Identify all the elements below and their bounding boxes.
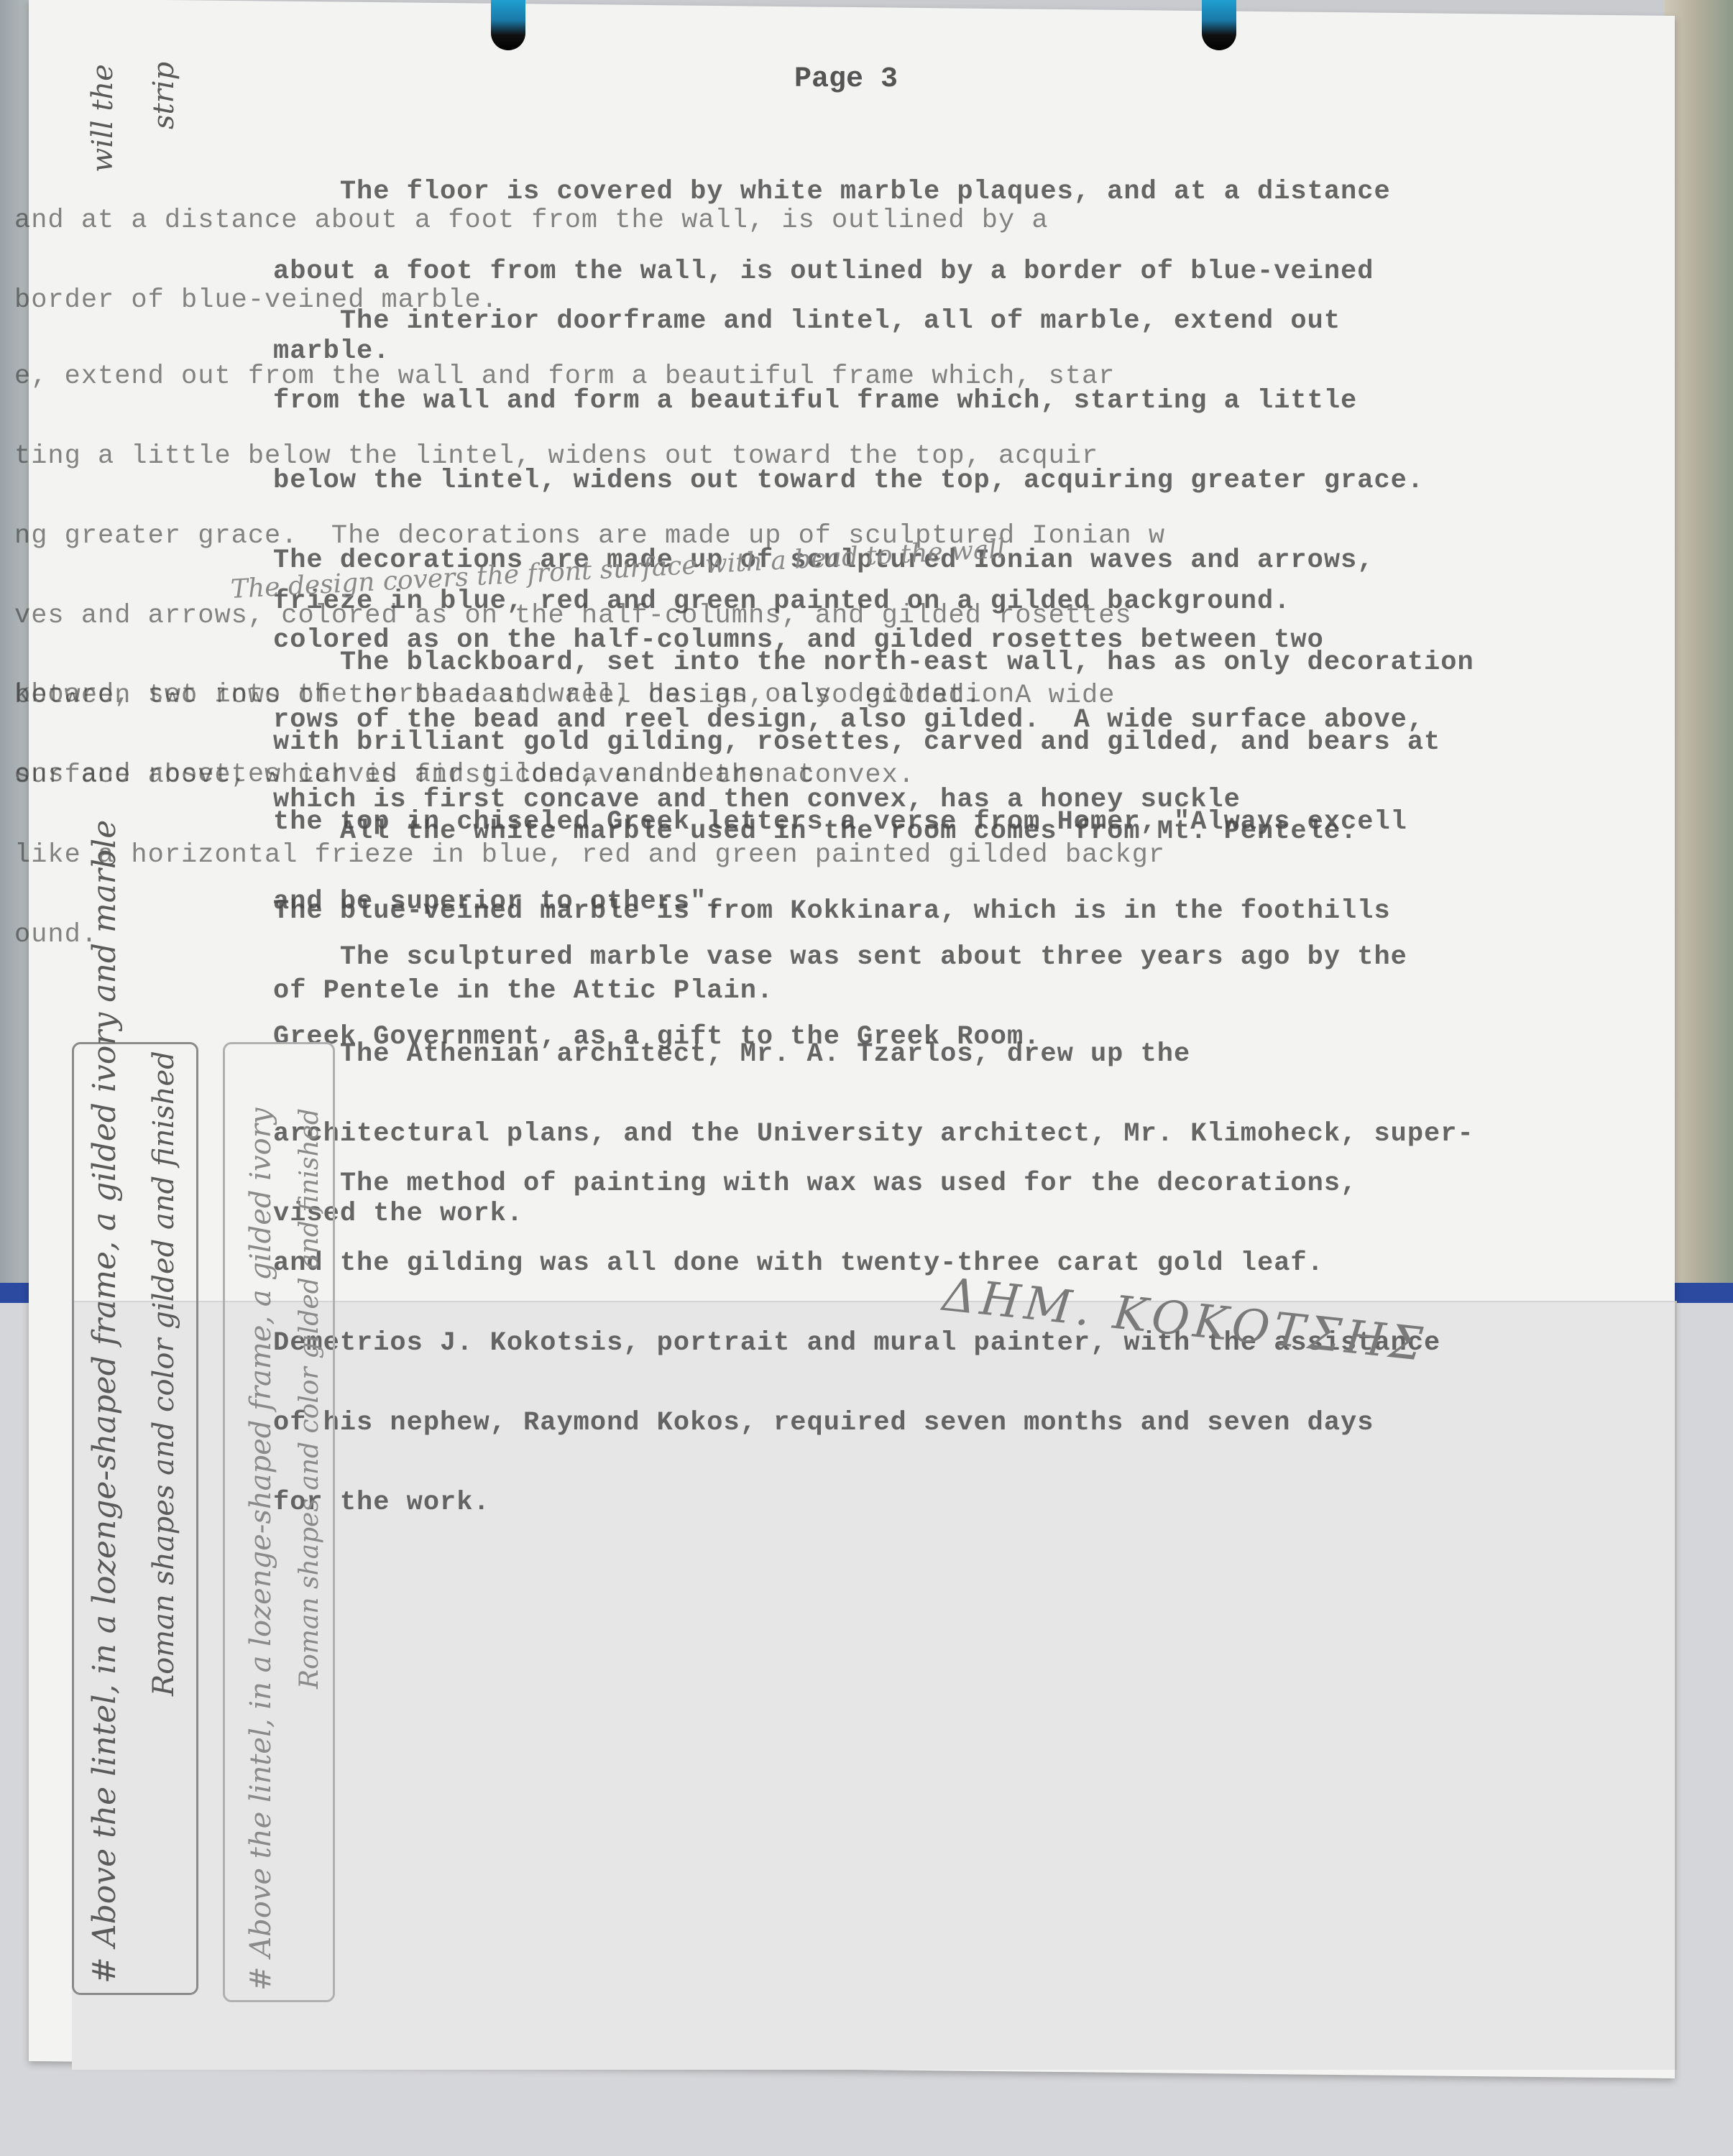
margin-note-handwritten: # Above the lintel, in a lozenge-shaped … [244, 1108, 277, 1991]
text-line: The method of painting with wax was used… [273, 1171, 1440, 1197]
margin-note-handwritten: Roman shapes and color gilded and finish… [147, 1051, 180, 1696]
margin-note-handwritten: will the [86, 64, 119, 172]
text-line: All the white marble used in the room co… [273, 819, 1391, 845]
text-line: The interior doorframe and lintel, all o… [273, 308, 1424, 335]
binder-ring-icon [491, 0, 525, 50]
text-line: and the gilding was all done with twenty… [273, 1250, 1440, 1277]
margin-note-handwritten: # Above the lintel, in a lozenge-shaped … [86, 820, 123, 1984]
typed-text-layer-primary: The floor is covered by white marble pla… [273, 0, 306, 239]
text-line: The Athenian architect, Mr. A. Tzarlos, … [273, 1041, 1474, 1068]
text-line: from the wall and form a beautiful frame… [273, 388, 1424, 415]
text-line: for the work. [273, 1490, 1440, 1516]
text-line: The blackboard, set into the north-east … [273, 650, 1474, 676]
margin-note-handwritten: strip [147, 62, 180, 129]
typed-text-layer-secondary: and at a distance about a foot from the … [14, 0, 47, 106]
text-line: of his nephew, Raymond Kokos, required s… [273, 1410, 1440, 1437]
page-number: Page 3 [794, 63, 898, 96]
text-line: The floor is covered by white marble pla… [273, 179, 1391, 206]
text-line: The sculptured marble vase was sent abou… [273, 944, 1407, 971]
background-right-edge [1665, 0, 1733, 1286]
text-line: with brilliant gold gilding, rosettes, c… [273, 729, 1474, 756]
binder-ring-icon [1202, 0, 1236, 50]
text-line: below the lintel, widens out toward the … [273, 468, 1424, 494]
margin-note-handwritten: Roman shapes and color gilded and finish… [295, 1108, 324, 1689]
